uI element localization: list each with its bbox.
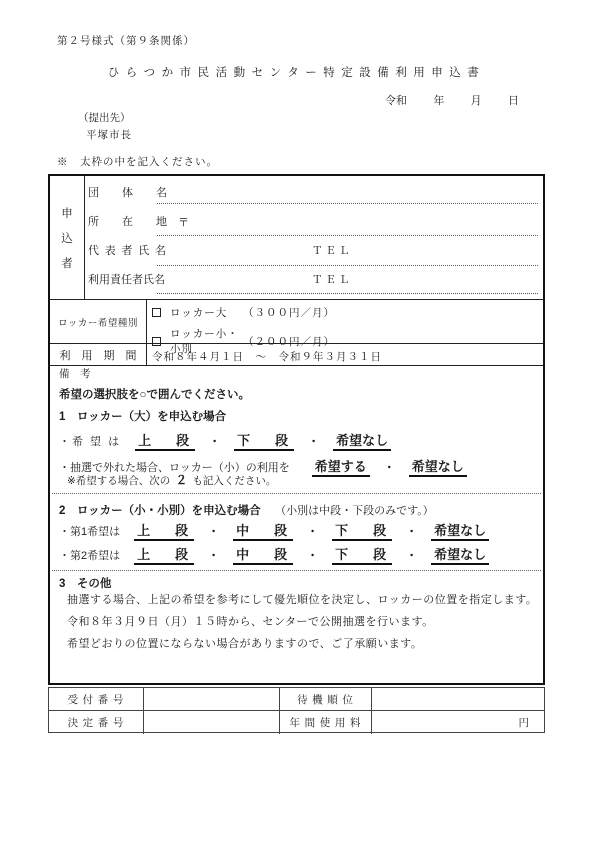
fallback-option-no[interactable]: 希望なし — [409, 460, 467, 477]
applicant-char-1: 申 — [61, 205, 73, 221]
section1-choice-label: ・希 望 は — [59, 437, 121, 448]
remarks-section: 備 考 希望の選択肢を○で囲んでください。 1 ロッカー（大）を申込む場合 ・希… — [50, 366, 543, 683]
annual-fee-label: 年 間 使 用 料 — [280, 711, 372, 734]
section2-heading: 2 ロッカー（小・小別）を申込む場合 — [59, 505, 261, 517]
page-title: ひらつか市民活動センター特定設備利用申込書 — [48, 68, 545, 80]
date-line: 令和 年 月 日 — [385, 96, 519, 107]
decision-number-value[interactable] — [144, 711, 280, 734]
locker-type-section: ロッカー希望種別 ロッカー大 （３００円／月） ロッカー小・小別 （２００円／月… — [50, 300, 543, 344]
section2-heading-row: 2 ロッカー（小・小別）を申込む場合 （小別は中段・下段のみです。） — [59, 502, 434, 518]
locker-large-option: ロッカー大 （３００円／月） — [152, 305, 335, 320]
option-separator: ・ — [406, 551, 417, 562]
second-choice-label: ・第2希望は — [59, 551, 120, 562]
section1-note: ※希望する場合、次の ２ も記入ください。 — [67, 474, 276, 487]
second-choice-middle[interactable]: 中 段 — [233, 548, 293, 565]
option-upper[interactable]: 上 段 — [135, 434, 195, 451]
applicant-side-label: 申 込 者 — [50, 176, 85, 299]
usage-manager-input-line[interactable] — [157, 293, 538, 294]
section-divider — [52, 493, 541, 494]
application-form-page: 第２号様式（第９条関係） ひらつか市民活動センター特定設備利用申込書 令和 年 … — [0, 0, 600, 849]
office-use-table: 受 付 番 号 待 機 順 位 決 定 番 号 年 間 使 用 料 円 — [48, 687, 545, 733]
section2-first-choice-row: ・第1希望は 上 段 ・ 中 段 ・ 下 段 ・ 希望なし — [59, 524, 489, 541]
section2-heading-note: （小別は中段・下段のみです。） — [275, 505, 434, 517]
option-separator: ・ — [208, 551, 219, 562]
reception-number-label: 受 付 番 号 — [49, 688, 144, 711]
reception-number-value[interactable] — [144, 688, 280, 711]
section2-second-choice-row: ・第2希望は 上 段 ・ 中 段 ・ 下 段 ・ 希望なし — [59, 548, 489, 565]
option-separator: ・ — [307, 551, 318, 562]
annual-fee-value: 円 — [372, 711, 544, 734]
form-number: 第２号様式（第９条関係） — [57, 37, 195, 48]
date-era: 令和 — [385, 96, 407, 107]
representative-name-label: 代 表 者 氏 名 — [88, 242, 168, 258]
group-name-label: 団 体 名 — [88, 184, 173, 200]
waiting-order-value[interactable] — [372, 688, 544, 711]
locker-large-price: （３００円／月） — [243, 305, 335, 320]
applicant-section: 申 込 者 団 体 名 所 在 地 〒 代 表 者 氏 名 ＴＥＬ 利用責任者氏… — [50, 176, 543, 300]
first-choice-lower[interactable]: 下 段 — [332, 524, 392, 541]
option-lower[interactable]: 下 段 — [234, 434, 294, 451]
usage-period-label: 利 用 期 間 — [50, 344, 147, 365]
option-separator: ・ — [209, 437, 220, 448]
second-choice-upper[interactable]: 上 段 — [134, 548, 194, 565]
first-choice-none[interactable]: 希望なし — [431, 524, 489, 541]
applicant-fields: 団 体 名 所 在 地 〒 代 表 者 氏 名 ＴＥＬ 利用責任者氏名 ＴＥＬ — [85, 176, 543, 299]
usage-period-value: 令和８年４月１日 ～ 令和９年３月３１日 — [152, 349, 382, 364]
first-choice-label: ・第1希望は — [59, 527, 120, 538]
second-choice-none[interactable]: 希望なし — [431, 548, 489, 565]
representative-input-line[interactable] — [157, 265, 538, 266]
fallback-option-yes[interactable]: 希望する — [312, 460, 370, 477]
remarks-label: 備 考 — [59, 370, 91, 381]
option-separator: ・ — [384, 463, 395, 474]
section-divider — [52, 570, 541, 571]
usage-manager-tel-label: ＴＥＬ — [312, 272, 353, 287]
fill-instruction-note: ※ 太枠の中を記入ください。 — [57, 158, 218, 169]
waiting-order-label: 待 機 順 位 — [280, 688, 372, 711]
group-name-input-line[interactable] — [157, 203, 538, 204]
date-month-label: 月 — [471, 96, 482, 107]
locker-large-name: ロッカー大 — [170, 305, 243, 320]
section1-choice-row: ・希 望 は 上 段 ・ 下 段 ・ 希望なし — [59, 434, 391, 451]
usage-manager-name-label: 利用責任者氏名 — [88, 271, 165, 287]
first-choice-upper[interactable]: 上 段 — [134, 524, 194, 541]
main-form-box: 申 込 者 団 体 名 所 在 地 〒 代 表 者 氏 名 ＴＥＬ 利用責任者氏… — [48, 174, 545, 685]
section1-note-number: ２ — [175, 474, 187, 486]
section3-line-2: 令和８年３月９日（月）１５時から、センターで公開抽選を行います。 — [67, 617, 434, 628]
decision-number-label: 決 定 番 号 — [49, 711, 144, 734]
locker-type-label: ロッカー希望種別 — [50, 300, 147, 343]
section1-note-post: も記入ください。 — [192, 476, 276, 487]
applicant-char-3: 者 — [61, 255, 73, 271]
section3-line-1: 抽選する場合、上記の希望を参考にして優先順位を決定し、ロッカーの位置を指定します… — [67, 595, 537, 606]
locker-large-checkbox[interactable] — [152, 308, 161, 317]
submit-to-name: 平塚市長 — [86, 131, 132, 142]
address-label: 所 在 地 — [88, 213, 173, 229]
second-choice-lower[interactable]: 下 段 — [332, 548, 392, 565]
date-day-label: 日 — [508, 96, 519, 107]
first-choice-middle[interactable]: 中 段 — [233, 524, 293, 541]
remarks-instruction: 希望の選択肢を○で囲んでください。 — [59, 390, 250, 402]
postal-mark: 〒 — [178, 214, 189, 230]
section3-line-3: 希望どおりの位置にならない場合がありますので、ご了承願います。 — [67, 639, 422, 650]
section1-note-pre: ※希望する場合、次の — [67, 476, 170, 487]
date-year-label: 年 — [433, 96, 444, 107]
section1-heading: 1 ロッカー（大）を申込む場合 — [59, 412, 226, 424]
representative-tel-label: ＴＥＬ — [312, 243, 353, 258]
option-no-preference[interactable]: 希望なし — [333, 434, 391, 451]
option-separator: ・ — [406, 527, 417, 538]
option-separator: ・ — [307, 527, 318, 538]
usage-period-section: 利 用 期 間 令和８年４月１日 ～ 令和９年３月３１日 — [50, 344, 543, 366]
section3-heading: 3 その他 — [59, 579, 111, 591]
submit-to-label: （提出先） — [78, 114, 131, 125]
option-separator: ・ — [208, 527, 219, 538]
option-separator: ・ — [308, 437, 319, 448]
applicant-char-2: 込 — [61, 230, 73, 246]
address-input-line[interactable] — [157, 235, 538, 236]
